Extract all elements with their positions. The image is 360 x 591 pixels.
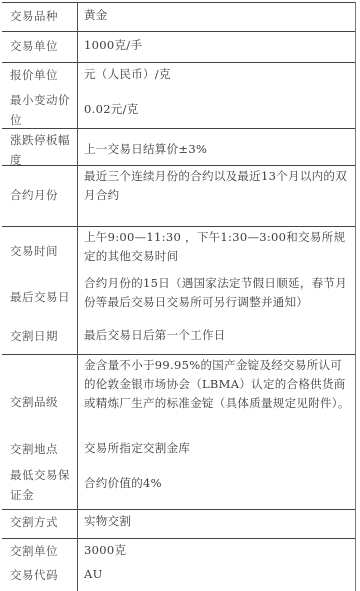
- row-divider: [2, 354, 356, 355]
- row-divider: [2, 538, 356, 539]
- row-label: 交割地点: [10, 439, 74, 459]
- row-value: 合约月份的15日（遇国家法定节假日顺延，春节月份等最后交易日交易所可另行调整并通…: [84, 274, 352, 312]
- row-value: 3000克: [84, 541, 352, 560]
- row-label: 交易品种: [10, 6, 74, 26]
- row-label: 交割日期: [10, 326, 74, 346]
- row-label: 合约月份: [10, 185, 74, 205]
- row-label: 最小变动价位: [10, 90, 74, 130]
- row-value: 最后交易日后第一个工作日: [84, 326, 352, 345]
- row-value: 元（人民币）/克: [84, 65, 352, 84]
- table-border-right: [355, 2, 356, 591]
- row-divider: [2, 509, 356, 510]
- row-value: AU: [84, 565, 352, 584]
- row-label: 交割方式: [10, 512, 74, 532]
- row-label: 交易代码: [10, 565, 74, 585]
- row-label: 最后交易日: [10, 287, 74, 307]
- row-value: 0.02元/克: [84, 100, 352, 119]
- row-label: 涨跌停板幅度: [10, 130, 74, 170]
- row-value: 实物交割: [84, 512, 352, 531]
- row-label: 交割品级: [10, 392, 74, 412]
- row-value: 上一交易日结算价±3%: [84, 140, 352, 159]
- row-value: 金含量不小于99.95%的国产金锭及经交易所认可的伦敦金银市场协会（LBMA）认…: [84, 356, 352, 413]
- row-value: 最近三个连续月份的合约以及最近13个月以内的双月合约: [84, 167, 352, 205]
- row-label: 报价单位: [10, 65, 74, 85]
- row-label: 交割单位: [10, 541, 74, 561]
- row-value: 合约价值的4%: [84, 474, 352, 493]
- table-border-top: [2, 2, 356, 3]
- row-label: 交易单位: [10, 36, 74, 56]
- column-divider: [77, 2, 78, 591]
- row-value: 交易所指定交割金库: [84, 439, 352, 458]
- row-label: 交易时间: [10, 241, 74, 261]
- row-divider: [2, 62, 356, 63]
- row-value: 1000克/手: [84, 36, 352, 55]
- contract-spec-table: 交易品种 黄金 交易单位 1000克/手 报价单位 元（人民币）/克 最小变动价…: [2, 2, 356, 591]
- row-value: 上午9:00—11:30 ，下午1:30—3:00和交易所规定的其他交易时间: [84, 228, 352, 266]
- row-divider: [2, 31, 356, 32]
- row-divider: [2, 226, 356, 227]
- row-label: 最低交易保证金: [10, 465, 74, 505]
- row-value: 黄金: [84, 6, 352, 25]
